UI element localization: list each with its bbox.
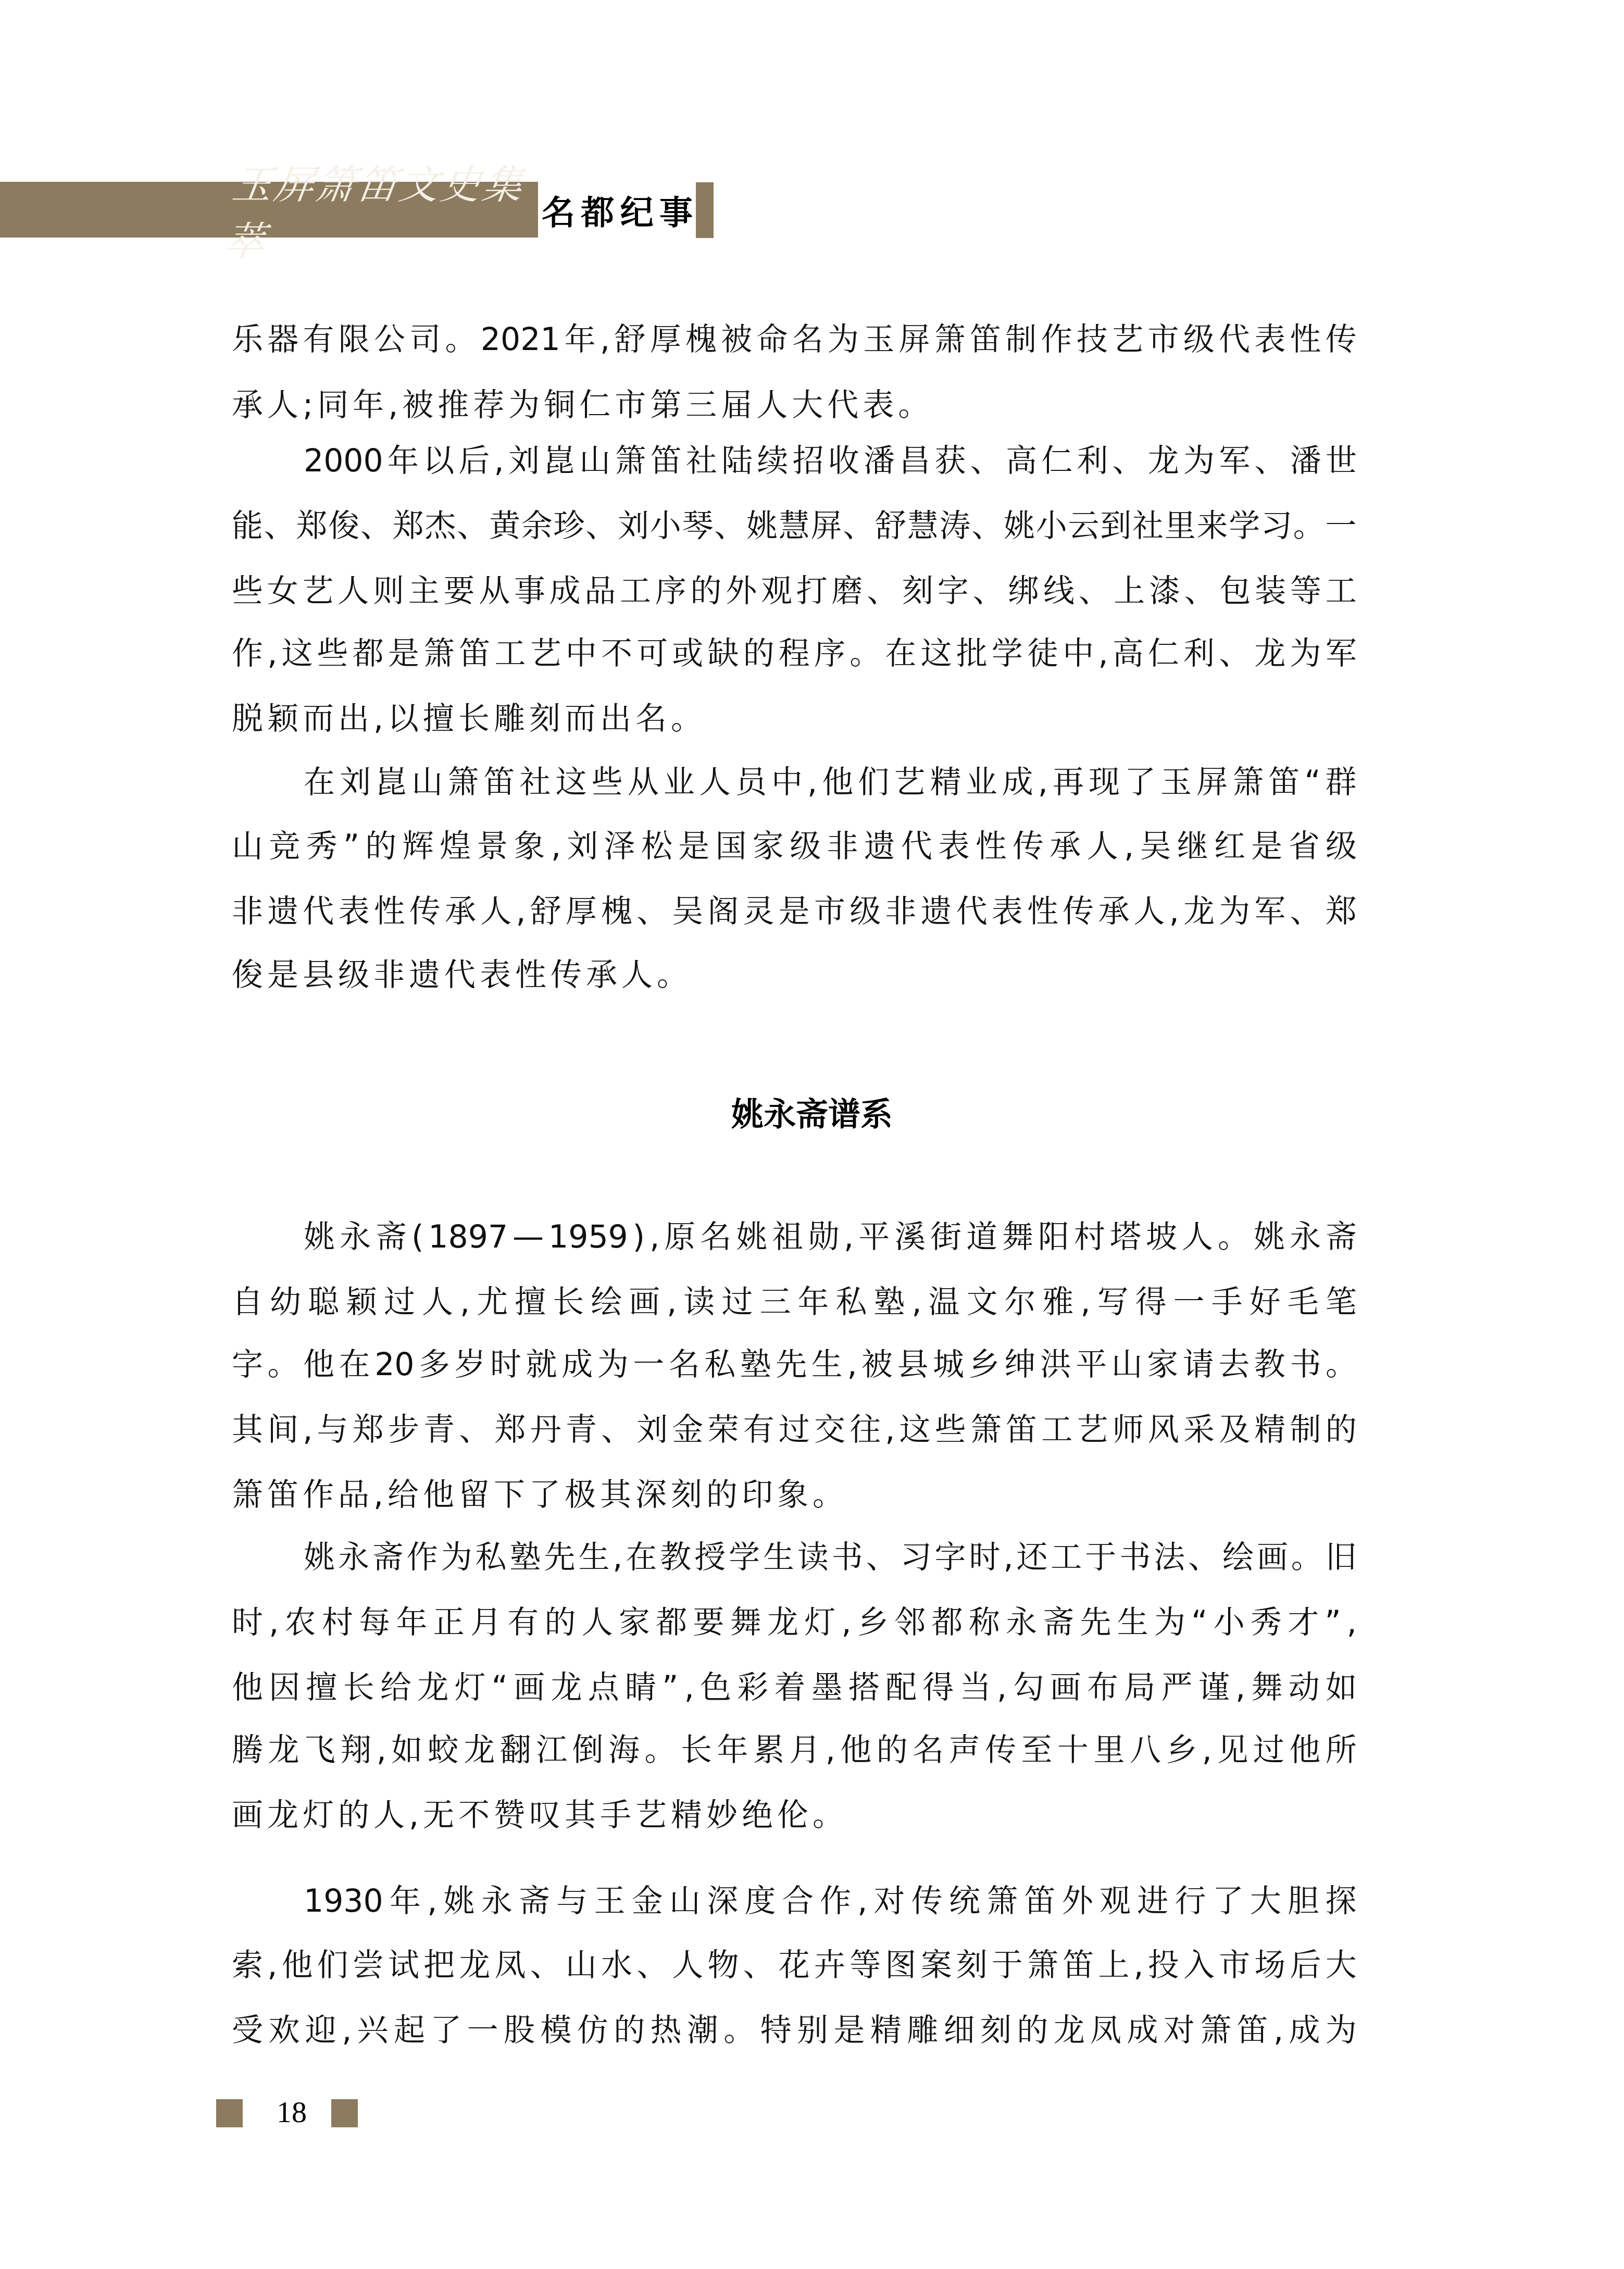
text-line: 脱颖而出,以擅长雕刻而出名。 <box>232 695 1357 742</box>
header-side-bar <box>696 182 714 238</box>
text-line: 自幼聪颖过人,尤擅长绘画,读过三年私塾,温文尔雅,写得一手好毛笔 <box>232 1279 1357 1326</box>
series-title: 玉屏箫笛文史集萃 <box>225 182 535 238</box>
text-line: 非遗代表性传承人,舒厚槐、吴阁灵是市级非遗代表性传承人,龙为军、郑 <box>232 888 1357 935</box>
text-line: 时,农村每年正月有的人家都要舞龙灯,乡邻都称永斋先生为“小秀才”, <box>232 1599 1357 1646</box>
text-line: 索,他们尝试把龙凤、山水、人物、花卉等图案刻于箫笛上,投入市场后大 <box>232 1942 1357 1989</box>
text-line: 姚永斋(1897—1959),原名姚祖勋,平溪街道舞阳村塔坡人。姚永斋 <box>304 1214 1357 1261</box>
footer-square-left <box>216 2099 243 2127</box>
text-line: 作,这些都是箫笛工艺中不可或缺的程序。在这批学徒中,高仁利、龙为军 <box>232 630 1357 677</box>
text-line: 受欢迎,兴起了一股模仿的热潮。特别是精雕细刻的龙凤成对箫笛,成为 <box>232 2007 1357 2054</box>
text-line: 山竞秀”的辉煌景象,刘泽松是国家级非遗代表性传承人,吴继红是省级 <box>232 823 1357 870</box>
section-name-char: 都 <box>581 186 614 234</box>
text-line: 乐器有限公司。2021年,舒厚槐被命名为玉屏箫笛制作技艺市级代表性传 <box>232 316 1357 363</box>
section-name: 名 都 纪 事 <box>542 182 693 238</box>
page-number: 18 <box>260 2094 323 2130</box>
text-line: 俊是县级非遗代表性传承人。 <box>232 952 1357 999</box>
text-line: 承人;同年,被推荐为铜仁市第三届人大代表。 <box>232 382 1357 429</box>
footer-square-right <box>331 2099 358 2127</box>
text-line: 箫笛作品,给他留下了极其深刻的印象。 <box>232 1472 1357 1518</box>
text-line: 1930年,姚永斋与王金山深度合作,对传统箫笛外观进行了大胆探 <box>304 1878 1357 1925</box>
section-name-char: 名 <box>542 186 575 234</box>
text-line: 姚永斋作为私塾先生,在教授学生读书、习字时,还工于书法、绘画。旧 <box>304 1534 1357 1581</box>
text-line: 他因擅长给龙灯“画龙点睛”,色彩着墨搭配得当,勾画布局严谨,舞动如 <box>232 1664 1357 1711</box>
text-line: 字。他在20多岁时就成为一名私塾先生,被县城乡绅洪平山家请去教书。 <box>232 1341 1357 1388</box>
text-line: 2000年以后,刘崑山箫笛社陆续招收潘昌获、高仁利、龙为军、潘世 <box>304 438 1357 484</box>
text-line: 些女艺人则主要从事成品工序的外观打磨、刻字、绑线、上漆、包装等工 <box>232 568 1357 615</box>
text-line: 在刘崑山箫笛社这些从业人员中,他们艺精业成,再现了玉屏箫笛“群 <box>304 759 1357 806</box>
text-line: 腾龙飞翔,如蛟龙翻江倒海。长年累月,他的名声传至十里八乡,见过他所 <box>232 1727 1357 1774</box>
text-line: 其间,与郑步青、郑丹青、刘金荣有过交往,这些箫笛工艺师风采及精制的 <box>232 1406 1357 1453</box>
section-name-char: 事 <box>659 186 693 234</box>
section-heading: 姚永斋谱系 <box>0 1091 1624 1138</box>
text-line: 画龙灯的人,无不赞叹其手艺精妙绝伦。 <box>232 1792 1357 1839</box>
section-name-char: 纪 <box>620 186 654 234</box>
text-line: 能、郑俊、郑杰、黄余珍、刘小琴、姚慧屏、舒慧涛、姚小云到社里来学习。一 <box>232 503 1357 550</box>
